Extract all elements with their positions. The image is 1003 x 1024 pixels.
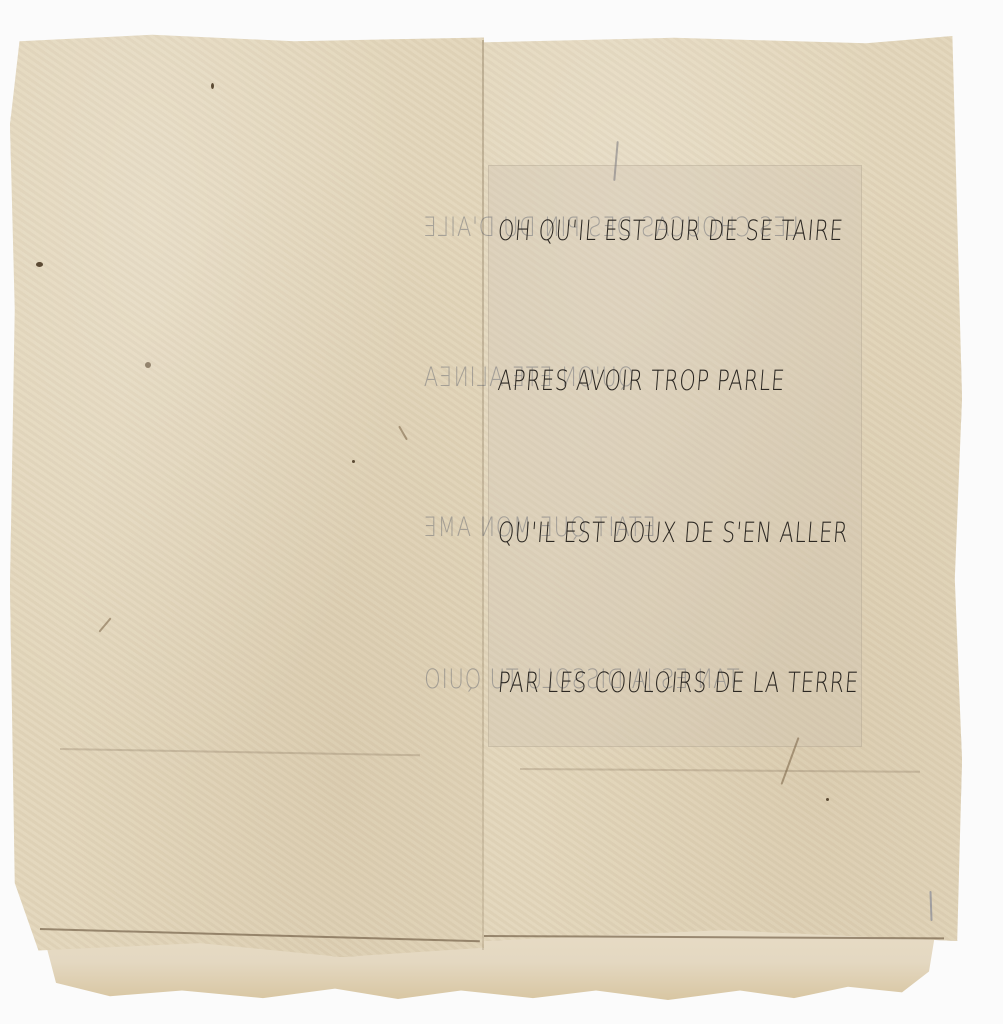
center-fold [482, 40, 484, 950]
paper-speck [211, 83, 214, 89]
paper-speck [36, 262, 43, 267]
verse-line-2: APRES AVOIR TROP PARLE [497, 364, 787, 397]
paper-speck [352, 460, 355, 463]
left-page [10, 32, 484, 957]
scanned-paper-scene: LES CHOUCAS DES PIN DU D'AILE QU'ON ETE … [0, 0, 1003, 1024]
text-panel [488, 165, 862, 747]
verse-line-3: QU'IL EST DOUX DE S'EN ALLER [497, 516, 850, 549]
paper-speck [826, 798, 829, 801]
paper-speck [145, 362, 151, 368]
verse-line-4: PAR LES COULOIRS DE LA TERRE [497, 666, 860, 699]
verse-line-1: OH QU'IL EST DUR DE SE TAIRE [497, 214, 845, 247]
